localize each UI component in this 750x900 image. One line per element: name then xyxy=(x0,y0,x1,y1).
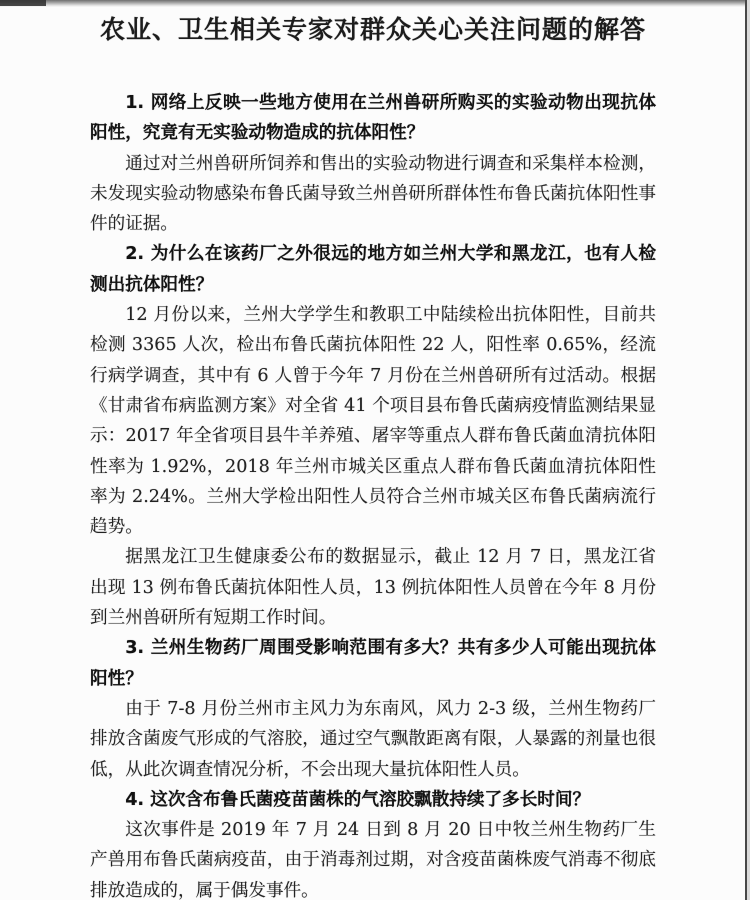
scan-corner-mark xyxy=(0,0,46,6)
answer-2a: 12 月份以来，兰州大学学生和教职工中陆续检出抗体阳性，目前共检测 3365 人… xyxy=(90,300,656,542)
answer-3: 由于 7-8 月份兰州市主风力为东南风，风力 2-3 级，兰州生物药厂排放含菌废… xyxy=(90,694,656,785)
answer-1: 通过对兰州兽研所饲养和售出的实验动物进行调查和采集样本检测，未发现实验动物感染布… xyxy=(90,149,656,240)
document-content: 农业、卫生相关专家对群众关心关注问题的解答 1. 网络上反映一些地方使用在兰州兽… xyxy=(90,12,656,900)
question-1: 1. 网络上反映一些地方使用在兰州兽研所购买的实验动物出现抗体阳性，究竟有无实验… xyxy=(90,88,656,149)
answer-2b: 据黑龙江卫生健康委公布的数据显示，截止 12 月 7 日，黑龙江省出现 13 例… xyxy=(90,542,656,633)
document-title: 农业、卫生相关专家对群众关心关注问题的解答 xyxy=(90,12,656,48)
answer-4: 这次事件是 2019 年 7 月 24 日到 8 月 20 日中牧兰州生物药厂生… xyxy=(90,815,656,900)
scan-edge-right-line xyxy=(745,0,747,900)
question-2: 2. 为什么在该药厂之外很远的地方如兰州大学和黑龙江，也有人检测出抗体阳性？ xyxy=(90,239,656,300)
scanned-document-page: 农业、卫生相关专家对群众关心关注问题的解答 1. 网络上反映一些地方使用在兰州兽… xyxy=(0,0,750,900)
question-3: 3. 兰州生物药厂周围受影响范围有多大？共有多少人可能出现抗体阳性？ xyxy=(90,633,656,694)
question-4: 4. 这次含布鲁氏菌疫苗菌株的气溶胶飘散持续了多长时间？ xyxy=(90,785,656,815)
scan-edge-top xyxy=(0,0,750,7)
